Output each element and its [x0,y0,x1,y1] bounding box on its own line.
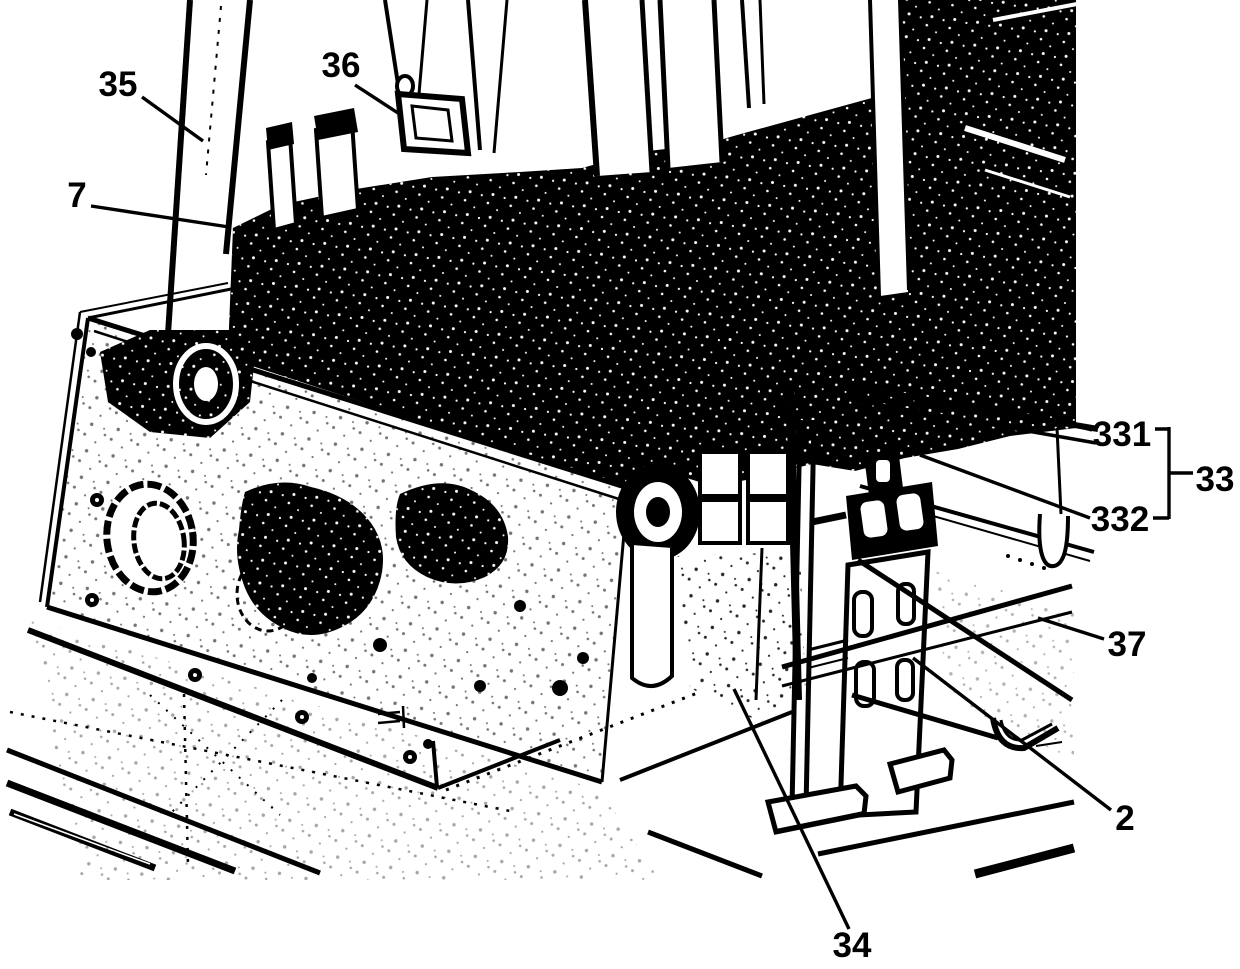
stain-dot [373,638,387,652]
mounting-bracket-36 [397,76,468,153]
leader-line-35 [142,97,203,141]
bracket-window [412,106,452,141]
strap-right-edge [226,0,250,254]
hanger-hook [1039,514,1068,566]
part-label-33: 33 [1196,460,1235,499]
rail-line [760,0,764,104]
label-bracket-33 [1153,427,1193,519]
column-slot [854,592,872,636]
stain-dot [514,600,526,612]
clamp-slot [860,500,889,539]
rail-line [419,0,427,94]
dot-trail [1006,554,1046,570]
strap-center-dashed [206,6,221,175]
patent-figure-canvas: 35 36 7 331 332 33 37 2 34 [0,0,1240,969]
floor-line [975,848,1074,874]
box-back-top-edge-outer [80,283,228,312]
shaft-roller-core [646,497,670,527]
part-label-36: 36 [322,46,361,85]
rail-line [742,0,749,108]
lattice-cell [748,452,788,496]
bracket-post-edge [806,420,814,808]
support-cylinder [632,545,672,686]
floor-dust [930,570,1074,760]
lattice-cell [700,452,740,496]
rail-line [468,0,480,150]
part-label-37: 37 [1108,625,1147,664]
table-edge-behind-feet [620,712,792,780]
part-label-331: 331 [1093,415,1151,454]
part-label-35: 35 [99,65,138,104]
part-label-2: 2 [1115,799,1134,838]
stain-dot [307,673,317,683]
clamp-link [812,515,846,522]
rail-line [494,0,507,153]
speckle-patch [676,552,806,722]
clamp-arm [846,482,938,560]
clamp-slot [896,493,925,532]
part-label-7: 7 [67,176,86,215]
leader-line-7 [91,206,229,227]
lattice-cell [748,500,788,543]
hanger-rod [1057,428,1061,514]
strap-left-edge [168,0,190,334]
slab-post [268,136,296,230]
roller-hub [194,367,218,401]
machine-assembly-drawing: 35 36 7 331 332 33 37 2 34 [0,0,1240,969]
column-slot [897,660,913,700]
slider-window [876,460,890,482]
floor-line [648,832,762,876]
lattice-cell [700,500,740,543]
stain-dot [552,680,568,696]
box-back-top-edge [88,288,236,318]
part-label-332: 332 [1091,500,1149,539]
part-label-34: 34 [833,926,872,965]
leader-line-36 [355,85,398,113]
